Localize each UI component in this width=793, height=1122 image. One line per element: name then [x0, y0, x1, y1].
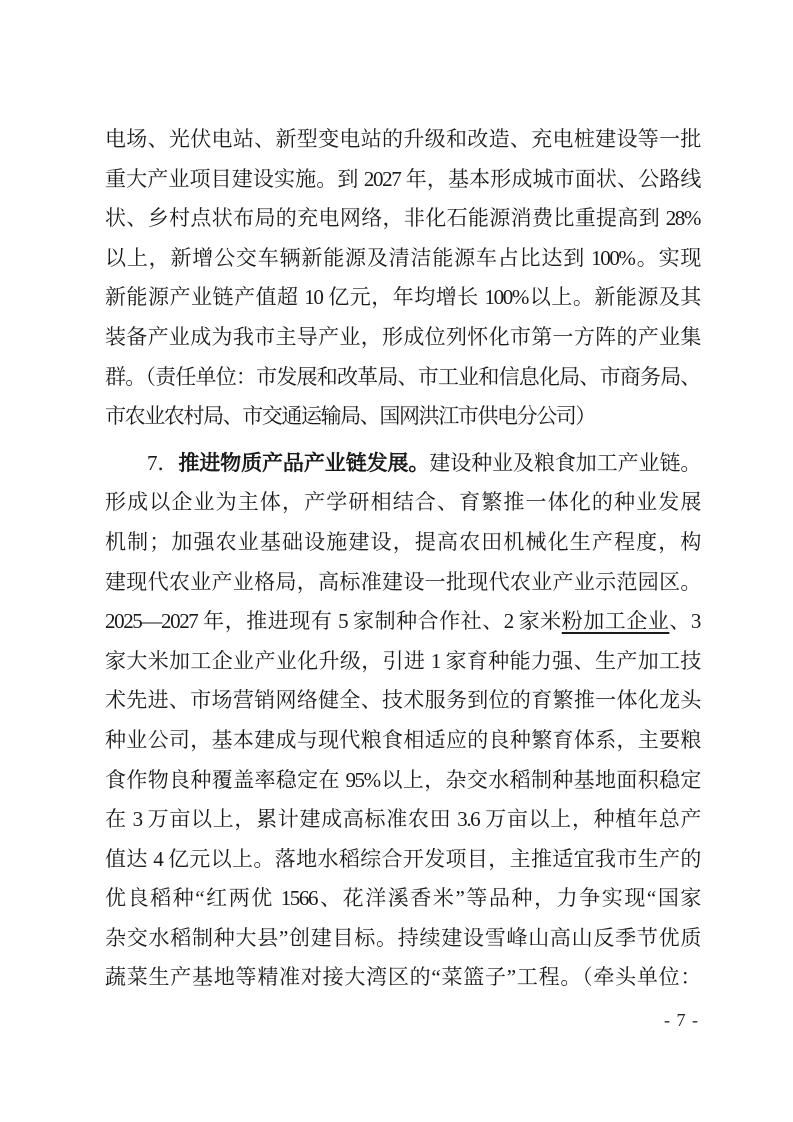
text-line: 装备产业成为我市主导产业，形成位列怀化市第一方阵的产业集: [105, 318, 700, 358]
text-line: 状、乡村点状布局的充电网络，非化石能源消费比重提高到 28%: [105, 199, 700, 239]
body-text: 群。（责任单位：市发展和改革局、市工业和信息化局、市商务局、: [105, 365, 700, 389]
text-line: 2025—2027 年，推进现有 5 家制种合作社、2 家米粉加工企业、3: [105, 602, 700, 642]
text-line: 形成以企业为主体，产学研相结合、育繁推一体化的种业发展: [105, 483, 700, 523]
text-line: 蔬菜生产基地等精准对接大湾区的“菜篮子”工程。（牵头单位：: [105, 958, 700, 998]
body-text: 市农业农村局、市交通运输局、国网洪江市供电分公司）: [105, 404, 595, 428]
body-text: 重大产业项目建设实施。到 2027 年，基本形成城市面状、公路线: [105, 167, 700, 191]
text-line: 重大产业项目建设实施。到 2027 年，基本形成城市面状、公路线: [105, 160, 700, 200]
text-line: 电场、光伏电站、新型变电站的升级和改造、充电桩建设等一批: [105, 120, 700, 160]
text-line: 术先进、市场营销网络健全、技术服务到位的育繁推一体化龙头: [105, 681, 700, 721]
body-text: 以上，新增公交车辆新能源及清洁能源车占比达到 100%。实现: [105, 246, 700, 270]
text-line: 新能源产业链产值超 10 亿元，年均增长 100%以上。新能源及其: [105, 278, 700, 318]
text-line: 机制；加强农业基础设施建设，提高农田机械化生产程度，构: [105, 523, 700, 563]
paragraph-new-energy-industry: 电场、光伏电站、新型变电站的升级和改造、充电桩建设等一批重大产业项目建设实施。到…: [105, 120, 700, 437]
page-number: - 7 -: [664, 1010, 699, 1031]
document-page: 电场、光伏电站、新型变电站的升级和改造、充电桩建设等一批重大产业项目建设实施。到…: [0, 0, 793, 1122]
body-text: 术先进、市场营销网络健全、技术服务到位的育繁推一体化龙头: [105, 688, 700, 712]
body-text: 值达 4 亿元以上。落地水稻综合开发项目，主推适宜我市生产的: [105, 847, 700, 871]
text-line: 种业公司，基本建成与现代粮食相适应的良种繁育体系，主要粮: [105, 721, 700, 761]
body-text: 新能源产业链产值超 10 亿元，年均增长 100%以上。新能源及其: [105, 285, 700, 309]
body-text: 优良稻种“红两优 1566、花洋溪香米”等品种，力争实现“国家: [105, 886, 700, 910]
body-text: 电场、光伏电站、新型变电站的升级和改造、充电桩建设等一批: [105, 127, 700, 151]
body-text: 形成以企业为主体，产学研相结合、育繁推一体化的种业发展: [105, 490, 700, 514]
body-text: 机制；加强农业基础设施建设，提高农田机械化生产程度，构: [105, 530, 700, 554]
text-line: 建现代农业产业格局，高标准建设一批现代农业产业示范园区。: [105, 563, 700, 603]
body-text: 食作物良种覆盖率稳定在 95%以上，杂交水稻制种基地面积稳定: [105, 768, 700, 792]
body-text: 家大米加工企业产业化升级，引进 1 家育种能力强、生产加工技: [105, 649, 700, 673]
paragraph-7-material-products-industry-chain: 7．推进物质产品产业链发展。建设种业及粮食加工产业链。形成以企业为主体，产学研相…: [105, 444, 700, 998]
body-text: 粉加工企业: [562, 609, 670, 633]
body-text: 建现代农业产业格局，高标准建设一批现代农业产业示范园区。: [105, 570, 700, 594]
text-line: 值达 4 亿元以上。落地水稻综合开发项目，主推适宜我市生产的: [105, 840, 700, 880]
section-heading-text: 推进物质产品产业链发展。: [178, 451, 429, 475]
text-line: 群。（责任单位：市发展和改革局、市工业和信息化局、市商务局、: [105, 358, 700, 398]
body-text: 装备产业成为我市主导产业，形成位列怀化市第一方阵的产业集: [105, 325, 700, 349]
body-text: 在 3 万亩以上，累计建成高标准农田 3.6 万亩以上，种植年总产: [105, 807, 700, 831]
text-line: 以上，新增公交车辆新能源及清洁能源车占比达到 100%。实现: [105, 239, 700, 279]
text-line: 食作物良种覆盖率稳定在 95%以上，杂交水稻制种基地面积稳定: [105, 761, 700, 801]
text-line: 家大米加工企业产业化升级，引进 1 家育种能力强、生产加工技: [105, 642, 700, 682]
body-text: 、3: [669, 609, 700, 633]
body-text: 蔬菜生产基地等精准对接大湾区的“菜篮子”工程。（牵头单位：: [105, 965, 700, 989]
body-text: 杂交水稻制种大县”创建目标。持续建设雪峰山高山反季节优质: [105, 926, 700, 950]
text-line: 杂交水稻制种大县”创建目标。持续建设雪峰山高山反季节优质: [105, 919, 700, 959]
body-text: 建设种业及粮食加工产业链。: [429, 451, 700, 475]
text-line: 市农业农村局、市交通运输局、国网洪江市供电分公司）: [105, 397, 700, 437]
body-text: 种业公司，基本建成与现代粮食相适应的良种繁育体系，主要粮: [105, 728, 700, 752]
text-line: 优良稻种“红两优 1566、花洋溪香米”等品种，力争实现“国家: [105, 879, 700, 919]
text-line: 7．推进物质产品产业链发展。建设种业及粮食加工产业链。: [105, 444, 700, 484]
body-text: 2025—2027 年，推进现有 5 家制种合作社、2 家米: [105, 609, 562, 633]
body-text: 7．: [147, 451, 178, 475]
text-line: 在 3 万亩以上，累计建成高标准农田 3.6 万亩以上，种植年总产: [105, 800, 700, 840]
body-text: 状、乡村点状布局的充电网络，非化石能源消费比重提高到 28%: [105, 206, 700, 230]
document-body: 电场、光伏电站、新型变电站的升级和改造、充电桩建设等一批重大产业项目建设实施。到…: [105, 120, 700, 998]
